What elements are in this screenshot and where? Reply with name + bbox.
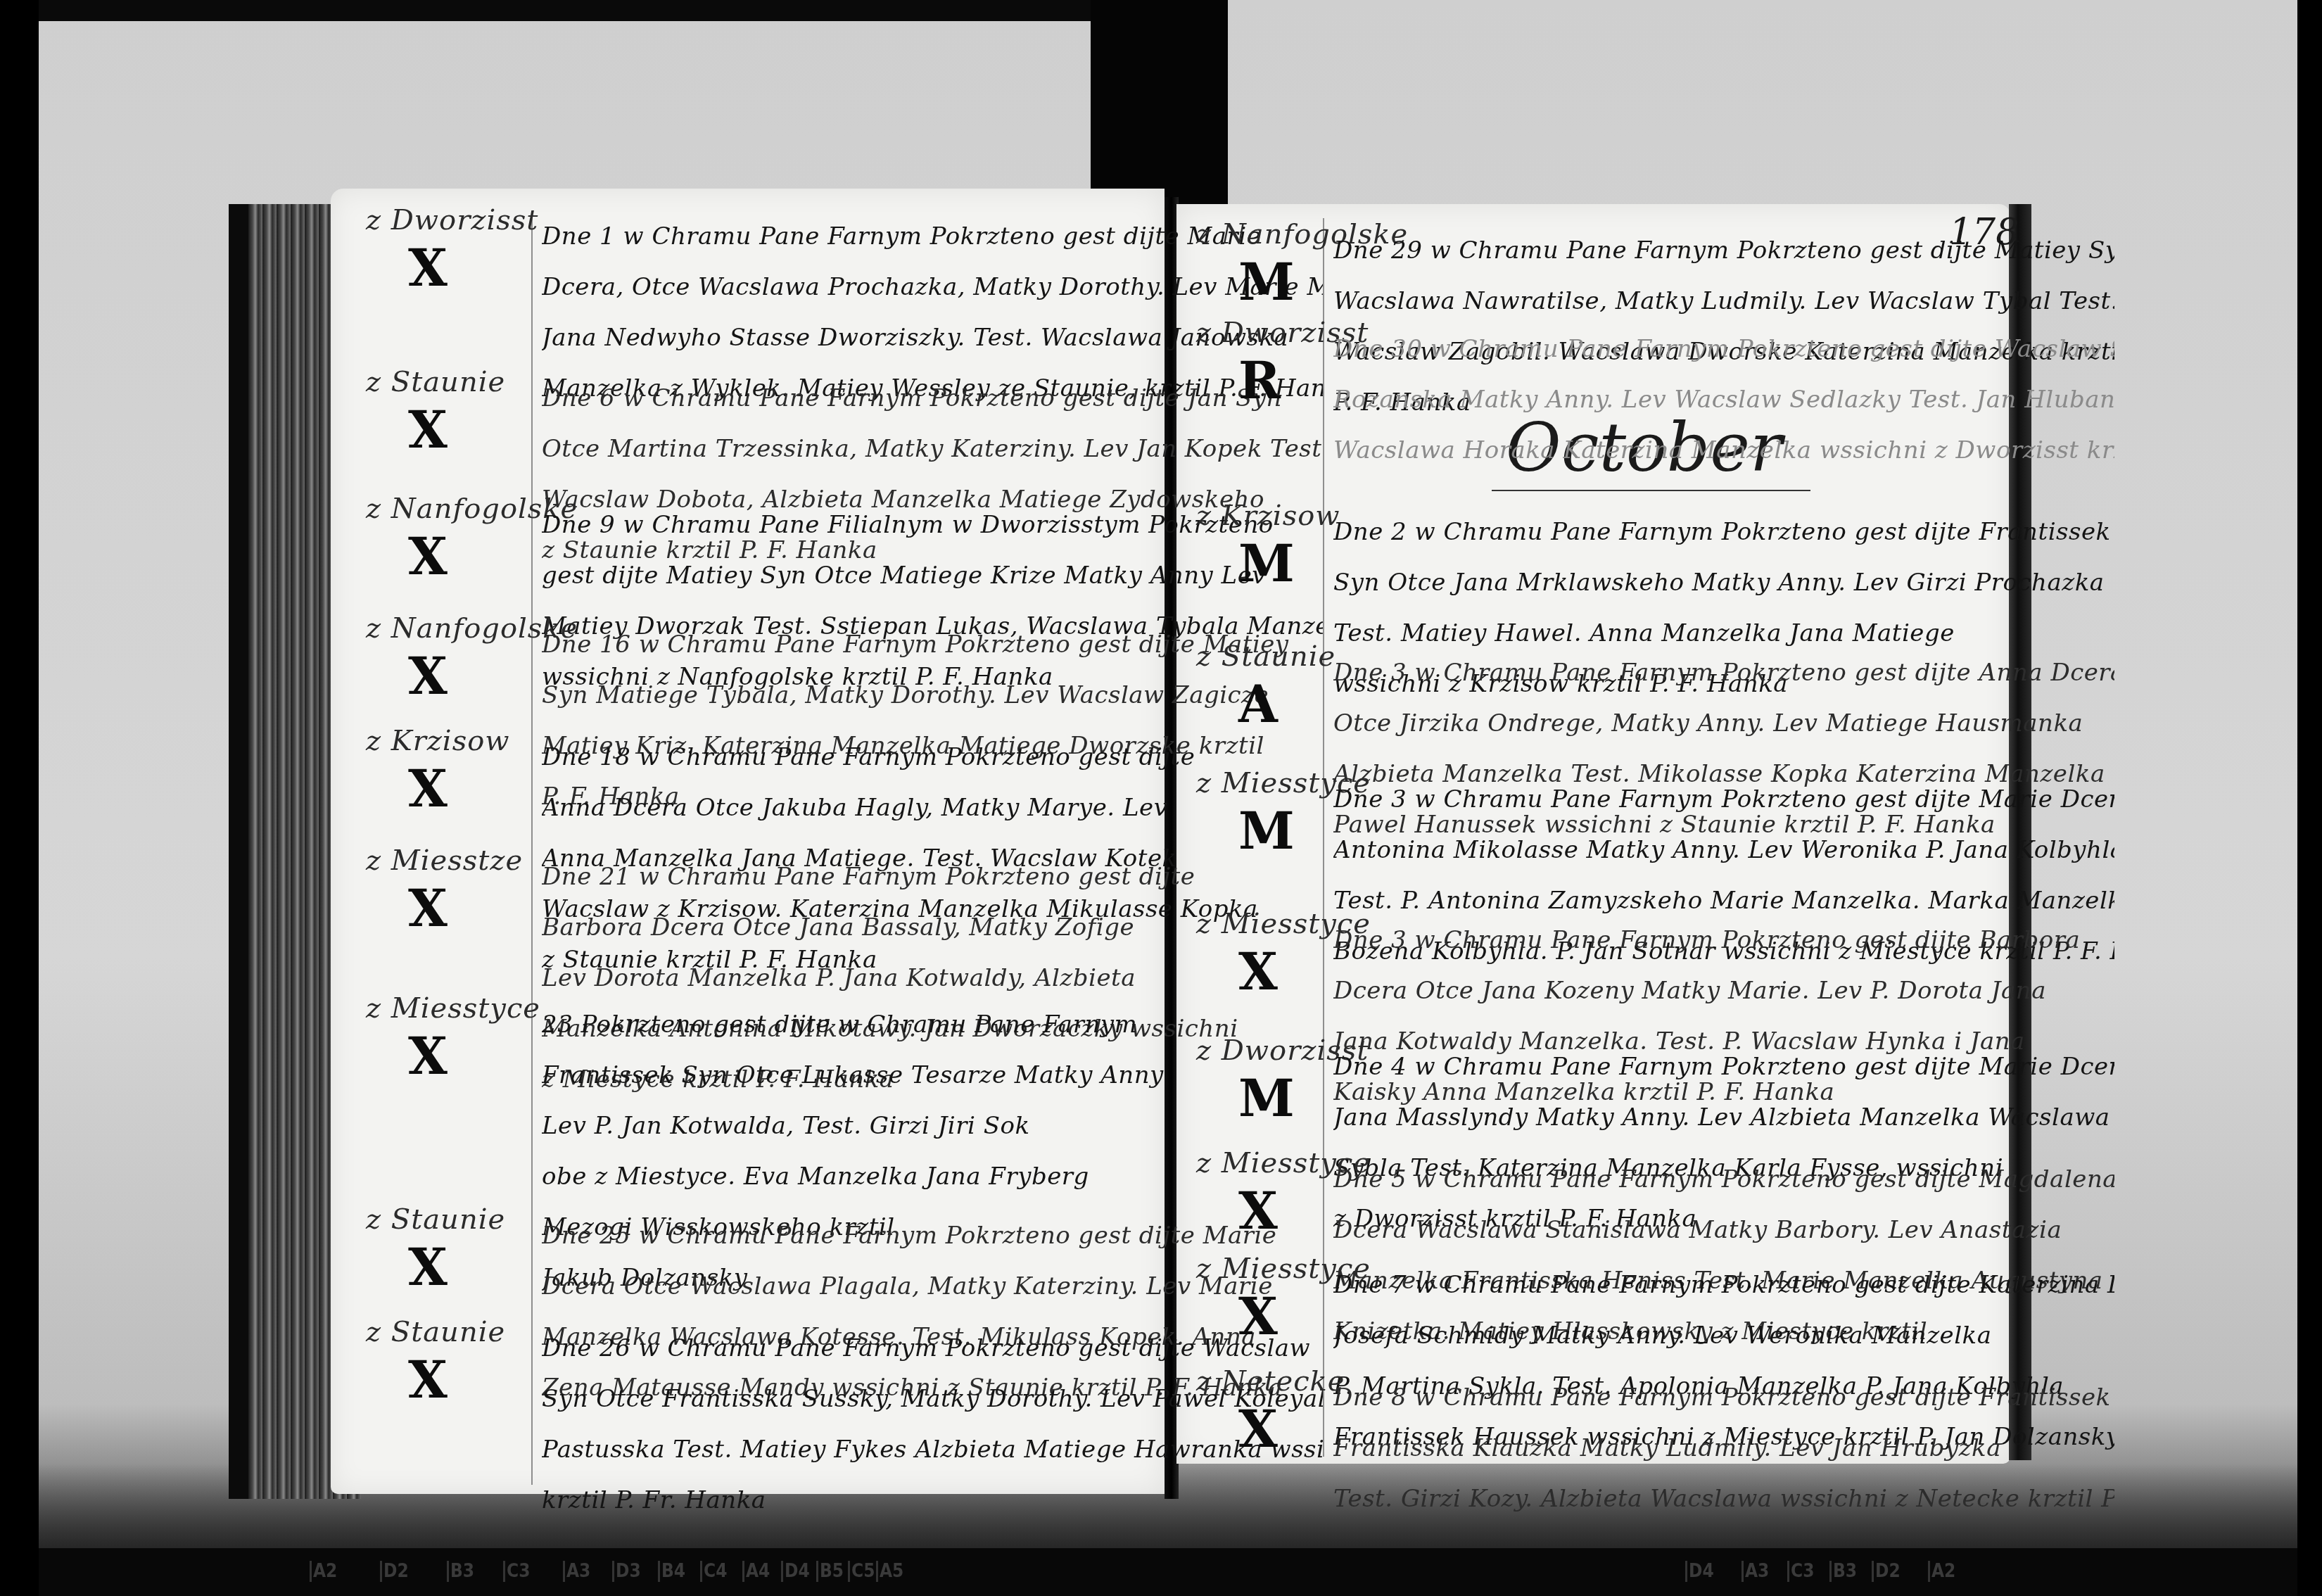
record-line: Josefa Schmidy Matky Anny. Lev Weronika … [1333, 1310, 2114, 1361]
baptism-record: Dne 30 w Chramu Pane Farnym Pokrzteno ge… [1333, 324, 2114, 476]
record-line: Rozanska Matky Anny. Lev Wacslaw Sedlazk… [1333, 374, 2114, 425]
left-margin-rule [531, 211, 533, 1485]
village-name: z Staunie [1196, 640, 1344, 673]
margin-annotation: z StaunieX [366, 1316, 514, 1412]
village-name: z Dworzisst [1196, 1034, 1344, 1067]
record-line: Otce Jirzika Ondrege, Matky Anny. Lev Ma… [1333, 698, 2114, 749]
record-line: Otce Martina Trzessinka, Matky Katerziny… [542, 424, 1323, 474]
film-frame-label: B3 [1829, 1561, 1857, 1582]
record-line: Dne 3 w Chramu Pane Farnym Pokrzteno ges… [1333, 774, 2114, 825]
sex-mark-icon: R [1238, 349, 1344, 412]
margin-annotation: z MiesstyceX [1196, 1253, 1344, 1348]
record-line: Dcera Wacslawa Stanislawa Matky Barbory.… [1333, 1205, 2114, 1255]
film-top-edge [39, 0, 1228, 21]
film-shadow-top [1091, 0, 1228, 211]
sex-mark-icon: X [408, 236, 514, 300]
sex-mark-icon: X [408, 1236, 514, 1299]
film-frame-label: A2 [310, 1561, 337, 1582]
film-frame-label: D2 [1872, 1561, 1901, 1582]
film-frame-label: C4 [700, 1561, 727, 1582]
record-line: Dne 29 w Chramu Pane Farnym Pokrzteno ge… [1333, 225, 2114, 276]
record-line: krztil P. Fr. Hanka [542, 1475, 1323, 1526]
film-frame-label: C3 [1787, 1561, 1814, 1582]
film-frame-label: D3 [612, 1561, 641, 1582]
record-line: Dne 30 w Chramu Pane Farnym Pokrzteno ge… [1333, 324, 2114, 374]
film-frame-label: A2 [1928, 1561, 1955, 1582]
margin-annotation: z KrzisowM [1196, 500, 1344, 595]
film-frame-label: B3 [447, 1561, 474, 1582]
village-name: z Nanfogolske [366, 493, 514, 525]
village-name: z Miesstyce [366, 992, 514, 1025]
film-frame-label: D2 [380, 1561, 409, 1582]
village-name: z Nanfogolske [366, 612, 514, 645]
record-line: Test. Girzi Kozy. Alzbieta Wacslawa wssi… [1333, 1474, 2114, 1524]
sex-mark-icon: X [1238, 1285, 1344, 1348]
record-line: Dne 3 w Chramu Pane Farnym Pokrzteno ges… [1333, 647, 2114, 698]
village-name: z Dworzisst [1196, 317, 1344, 349]
sex-mark-icon: X [1238, 1179, 1344, 1243]
margin-annotation: z NeteckeX [1196, 1365, 1344, 1461]
record-line: Dne 3 w Chramu Pane Farnym Pokrzteno ges… [1333, 915, 2114, 965]
record-line: Dcera Otce Jana Kozeny Matky Marie. Lev … [1333, 965, 2114, 1016]
film-frame-label: A4 [742, 1561, 770, 1582]
village-name: z Staunie [366, 1316, 514, 1348]
village-name: z Krzisow [1196, 500, 1344, 532]
film-frame-label: B4 [658, 1561, 685, 1582]
sex-mark-icon: X [408, 1348, 514, 1412]
margin-annotation: z MiesstyceX [1196, 908, 1344, 1003]
record-line: Syn Otce Jana Mrklawskeho Matky Anny. Le… [1333, 557, 2114, 608]
margin-annotation: z NanfogolskeM [1196, 218, 1344, 314]
margin-annotation: z StaunieX [366, 366, 514, 462]
margin-annotation: z NanfogolskeX [366, 493, 514, 588]
record-line: Wacslawa Nawratilse, Matky Ludmily. Lev … [1333, 276, 2114, 327]
record-line: Wacslawa Horaka Katerzina Manzelka wssic… [1333, 425, 2114, 476]
sex-mark-icon: X [408, 398, 514, 462]
film-frame-label: A3 [563, 1561, 590, 1582]
village-name: z Miesstyce [1196, 908, 1344, 940]
village-name: z Dworzisst [366, 204, 514, 236]
record-line: Dne 4 w Chramu Pane Farnym Pokrzteno ges… [1333, 1041, 2114, 1092]
village-name: z Miesstyce [1196, 767, 1344, 799]
film-frame-label: C3 [503, 1561, 530, 1582]
record-line: Dne 7 w Chramu Pane Farnym Pokrzteno ges… [1333, 1260, 2114, 1310]
film-frame-label: C5 [848, 1561, 875, 1582]
sex-mark-icon: M [1238, 1067, 1344, 1130]
record-line: Dne 2 w Chramu Pane Farnym Pokrzteno ges… [1333, 507, 2114, 557]
sex-mark-icon: M [1238, 251, 1344, 314]
record-line: Antonina Mikolasse Matky Anny. Lev Weron… [1333, 825, 2114, 875]
sex-mark-icon: X [408, 645, 514, 708]
margin-annotation: z MiesstyceX [366, 992, 514, 1088]
sex-mark-icon: M [1238, 532, 1344, 595]
margin-annotation: z NanfogolskeX [366, 612, 514, 708]
record-line: Frantisska Klauzka Matky Ludmily. Lev Ja… [1333, 1423, 2114, 1474]
margin-annotation: z MiesstyceX [1196, 1147, 1344, 1243]
village-name: z Staunie [366, 1203, 514, 1236]
margin-annotation: z StaunieX [366, 1203, 514, 1299]
film-left-border [0, 0, 39, 1596]
margin-annotation: z MiesstzeX [366, 844, 514, 940]
film-frame-label: D4 [781, 1561, 810, 1582]
village-name: z Netecke [1196, 1365, 1344, 1398]
sex-mark-icon: X [1238, 1398, 1344, 1461]
margin-annotation: z DworzisstM [1196, 1034, 1344, 1130]
margin-annotation: z DworzisstR [1196, 317, 1344, 412]
sex-mark-icon: X [408, 525, 514, 588]
village-name: z Staunie [366, 366, 514, 398]
sex-mark-icon: A [1238, 673, 1344, 736]
record-line: Jana Masslyndy Matky Anny. Lev Alzbieta … [1333, 1092, 2114, 1143]
village-name: z Miesstze [366, 844, 514, 877]
sex-mark-icon: X [408, 1025, 514, 1088]
film-frame-label: B5 [816, 1561, 844, 1582]
baptism-record: Dne 8 w Chramu Pane Farnym Pokrzteno ges… [1333, 1372, 2114, 1524]
record-line: Dne 5 w Chramu Pane Farnym Pokrzteno ges… [1333, 1154, 2114, 1205]
film-frame-label: D4 [1685, 1561, 1714, 1582]
sex-mark-icon: X [1238, 940, 1344, 1003]
sex-mark-icon: X [408, 757, 514, 821]
sex-mark-icon: X [408, 877, 514, 940]
village-name: z Miesstyce [1196, 1147, 1344, 1179]
margin-annotation: z MiesstyceM [1196, 767, 1344, 863]
film-frame-label: A5 [876, 1561, 903, 1582]
record-line: Dne 8 w Chramu Pane Farnym Pokrzteno ges… [1333, 1372, 2114, 1423]
margin-annotation: z StaunieA [1196, 640, 1344, 736]
village-name: z Nanfogolske [1196, 218, 1344, 251]
village-name: z Miesstyce [1196, 1253, 1344, 1285]
margin-annotation: z KrzisowX [366, 725, 514, 821]
film-frame-labels: A2D2B3C3A3D3B4C4A4D4B5C5A5D4A3C3B3D2A2 [0, 1561, 2322, 1582]
margin-annotation: z DworzisstX [366, 204, 514, 300]
film-right-border [2297, 0, 2322, 1596]
village-name: z Krzisow [366, 725, 514, 757]
sex-mark-icon: M [1238, 799, 1344, 863]
film-frame-label: A3 [1741, 1561, 1769, 1582]
